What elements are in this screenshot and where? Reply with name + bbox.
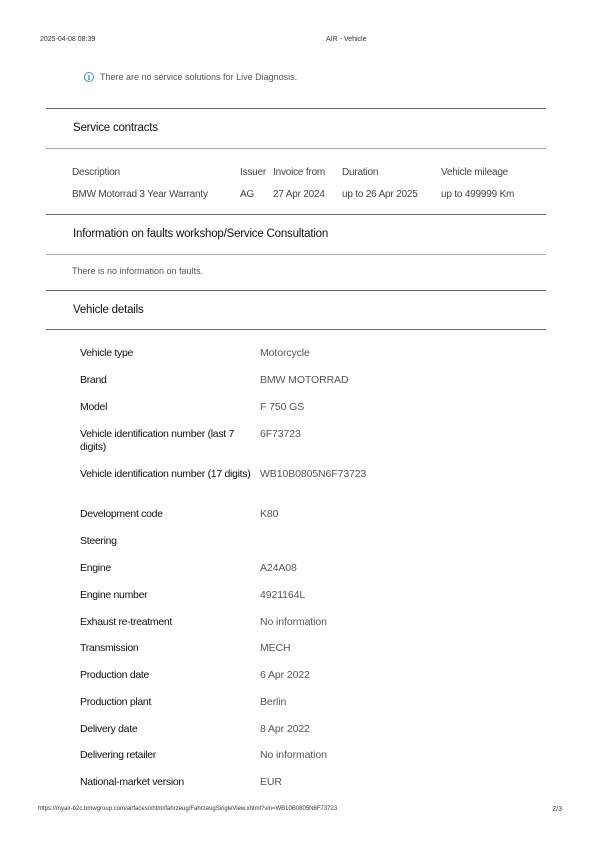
print-title: AIR - Vehicle [326, 36, 366, 43]
detail-label: Steering [80, 535, 258, 548]
table-cell: up to 499999 Km [441, 189, 514, 200]
detail-value: 8 Apr 2022 [260, 723, 310, 736]
print-header: 2025-04-08 08:39 AIR - Vehicle [40, 36, 560, 48]
detail-label: National-market version [80, 776, 258, 789]
column-header: Duration [342, 167, 378, 178]
print-datetime: 2025-04-08 08:39 [40, 36, 95, 43]
detail-value: Motorcycle [260, 347, 310, 360]
detail-label: Vehicle identification number (last 7 di… [80, 428, 258, 454]
detail-value: A24A08 [260, 562, 297, 575]
column-header: Invoice from [273, 167, 325, 178]
detail-label: Transmission [80, 642, 258, 655]
detail-label: Development code [80, 508, 258, 521]
faults-text: There is no information on faults. [72, 266, 203, 276]
detail-label: Exhaust re-treatment [80, 616, 258, 629]
divider [46, 329, 546, 330]
detail-label: Production plant [80, 696, 258, 709]
live-diagnosis-notice: i There are no service solutions for Liv… [84, 72, 297, 82]
divider [46, 290, 546, 291]
detail-value: BMW MOTORRAD [260, 374, 348, 387]
detail-label: Vehicle type [80, 347, 258, 360]
info-icon: i [84, 72, 94, 82]
detail-value: F 750 GS [260, 401, 304, 414]
detail-value: MECH [260, 642, 291, 655]
detail-value: WB10B0805N6F73723 [260, 468, 366, 481]
section-title-vehicle-details: Vehicle details [73, 304, 144, 316]
detail-value: Berlin [260, 696, 286, 709]
detail-label: Production date [80, 669, 258, 682]
detail-label: Delivering retailer [80, 749, 258, 762]
detail-value: 6F73723 [260, 428, 301, 441]
section-title-service-contracts: Service contracts [73, 122, 158, 134]
detail-label: Model [80, 401, 258, 414]
divider [46, 108, 546, 109]
section-title-faults: Information on faults workshop/Service C… [73, 228, 328, 240]
notice-text: There are no service solutions for Live … [100, 72, 297, 82]
column-header: Vehicle mileage [441, 167, 508, 178]
divider [46, 254, 546, 255]
table-cell: BMW Motorrad 3 Year Warranty [72, 189, 208, 200]
detail-label: Delivery date [80, 723, 258, 736]
detail-value: K80 [260, 508, 278, 521]
detail-label: Vehicle identification number (17 digits… [80, 468, 258, 481]
column-header: Issuer [240, 167, 266, 178]
detail-label: Brand [80, 374, 258, 387]
table-cell: AG [240, 189, 254, 200]
detail-value: 6 Apr 2022 [260, 669, 310, 682]
detail-value: EUR [260, 776, 282, 789]
column-header: Description [72, 167, 120, 178]
page-url: https://myair-b2c.bmwgroup.com/airfaces/… [38, 806, 337, 812]
divider [46, 148, 546, 149]
detail-value: 4921164L [260, 589, 305, 602]
detail-value: No information [260, 616, 327, 629]
page-number: 2/3 [552, 806, 562, 813]
detail-label: Engine number [80, 589, 258, 602]
table-cell: up to 26 Apr 2025 [342, 189, 418, 200]
divider [46, 214, 546, 215]
table-cell: 27 Apr 2024 [273, 189, 325, 200]
detail-label: Engine [80, 562, 258, 575]
detail-value: No information [260, 749, 327, 762]
